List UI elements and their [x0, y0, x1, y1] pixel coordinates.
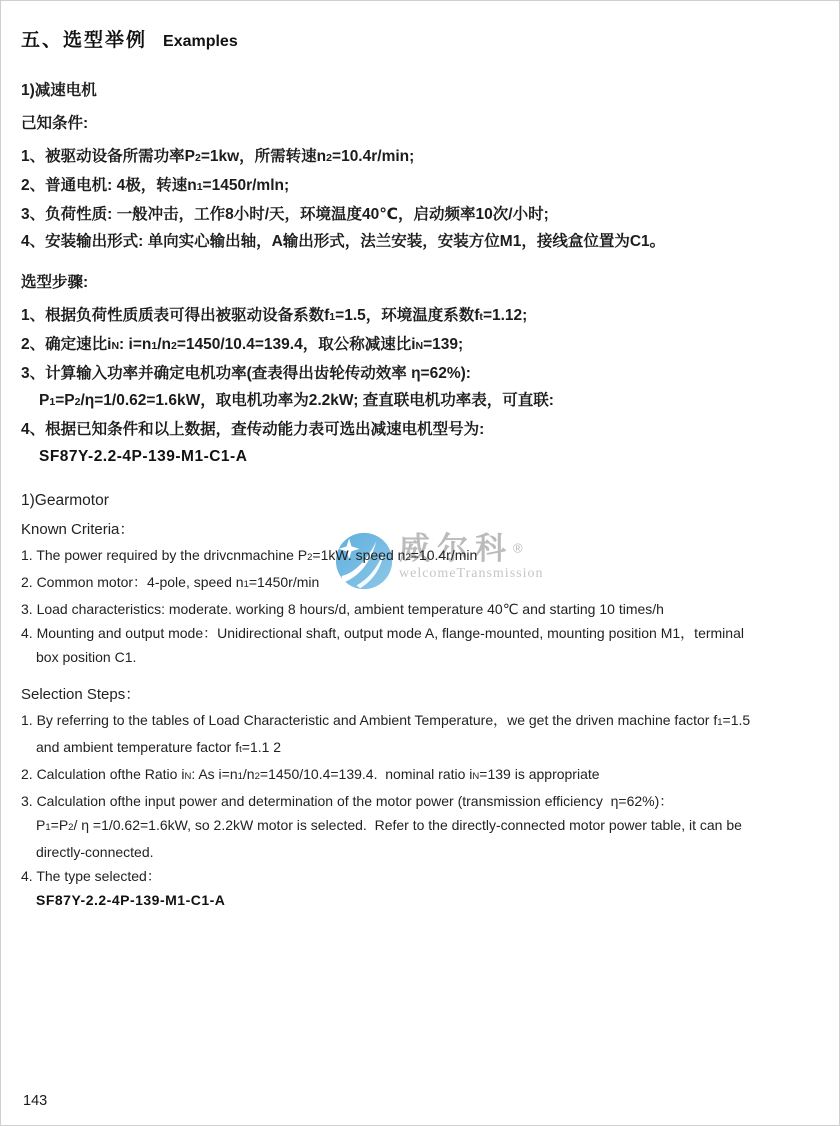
en-known-item-4-continuation: box position C1.: [21, 645, 821, 669]
en-known-item-3: 3. Load characteristics: moderate. worki…: [21, 597, 821, 621]
en-steps-heading: Selection Steps：: [21, 683, 821, 704]
en-known-criteria-list: 1. The power required by the drivcnmachi…: [21, 543, 821, 669]
en-section-heading: 1)Gearmotor: [21, 492, 821, 510]
en-known-item-4: 4. Mounting and output mode：Unidirection…: [21, 621, 821, 645]
en-step-3-continuation-2: directly-connected.: [21, 840, 821, 864]
en-step-3-continuation-1: P1=P2/ η =1/0.62=1.6kW, so 2.2kW motor i…: [21, 813, 821, 840]
document-content: 五、选型举例 Examples 1)减速电机 己知条件: 1、被驱动设备所需功率…: [1, 1, 839, 912]
en-step-3: 3. Calculation ofthe input power and det…: [21, 789, 821, 813]
en-step-1-continuation: and ambient temperature factor ft=1.1 2: [21, 735, 821, 762]
en-steps-list: 1. By referring to the tables of Load Ch…: [21, 708, 821, 912]
zh-step-2: 2、确定速比iN: i=n1/n2=1450/10.4=139.4，取公称减速比…: [21, 331, 821, 360]
page-title-zh: 五、选型举例: [21, 25, 147, 52]
zh-known-item-3: 3、负荷性质: 一般冲击，工作8小时/天，环境温度40℃，启动频率10次/小时;: [21, 201, 821, 228]
en-known-criteria-heading: Known Criteria：: [21, 518, 821, 539]
zh-steps-heading: 选型步骤:: [21, 270, 821, 292]
document-page: 威尔科® welcomeTransmission 五、选型举例 Examples…: [0, 0, 840, 1126]
zh-known-item-1: 1、被驱动设备所需功率P2=1kw，所需转速n2=10.4r/min;: [21, 143, 821, 172]
page-number: 143: [23, 1093, 47, 1109]
section-chinese: 1)减速电机 己知条件: 1、被驱动设备所需功率P2=1kw，所需转速n2=10…: [21, 78, 821, 470]
zh-step-3: 3、计算输入功率并确定电机功率(查表得出齿轮传动效率 η=62%):: [21, 360, 821, 387]
en-known-item-2: 2. Common motor：4-pole, speed n1=1450r/m…: [21, 570, 821, 597]
zh-known-item-4: 4、安装输出形式: 单向实心输出轴，A输出形式，法兰安装，安装方位M1，接线盒位…: [21, 228, 821, 255]
zh-step-1: 1、根据负荷性质质表可得出被驱动设备系数f1=1.5，环境温度系数ft=1.12…: [21, 302, 821, 331]
en-step-2: 2. Calculation ofthe Ratio iN: As i=n1/n…: [21, 762, 821, 789]
zh-section-heading: 1)减速电机: [21, 78, 821, 100]
page-title-en: Examples: [163, 33, 238, 51]
zh-known-criteria-heading: 己知条件:: [21, 111, 821, 133]
section-english: 1)Gearmotor Known Criteria： 1. The power…: [21, 492, 821, 912]
zh-known-item-2: 2、普通电机: 4极，转速n1=1450r/mln;: [21, 172, 821, 201]
en-known-item-1: 1. The power required by the drivcnmachi…: [21, 543, 821, 570]
zh-known-criteria-list: 1、被驱动设备所需功率P2=1kw，所需转速n2=10.4r/min; 2、普通…: [21, 143, 821, 255]
zh-selected-model: SF87Y-2.2-4P-139-M1-C1-A: [21, 443, 821, 470]
en-step-4: 4. The type selected：: [21, 864, 821, 888]
zh-steps-list: 1、根据负荷性质质表可得出被驱动设备系数f1=1.5，环境温度系数ft=1.12…: [21, 302, 821, 470]
page-title: 五、选型举例 Examples: [21, 25, 821, 52]
en-selected-model: SF87Y-2.2-4P-139-M1-C1-A: [21, 888, 821, 912]
zh-step-4: 4、根据已知条件和以上数据，查传动能力表可选出减速电机型号为:: [21, 416, 821, 443]
en-step-1: 1. By referring to the tables of Load Ch…: [21, 708, 821, 735]
zh-step-3-continuation: P1=P2/η=1/0.62=1.6kW，取电机功率为2.2kW; 查直联电机功…: [21, 387, 821, 416]
